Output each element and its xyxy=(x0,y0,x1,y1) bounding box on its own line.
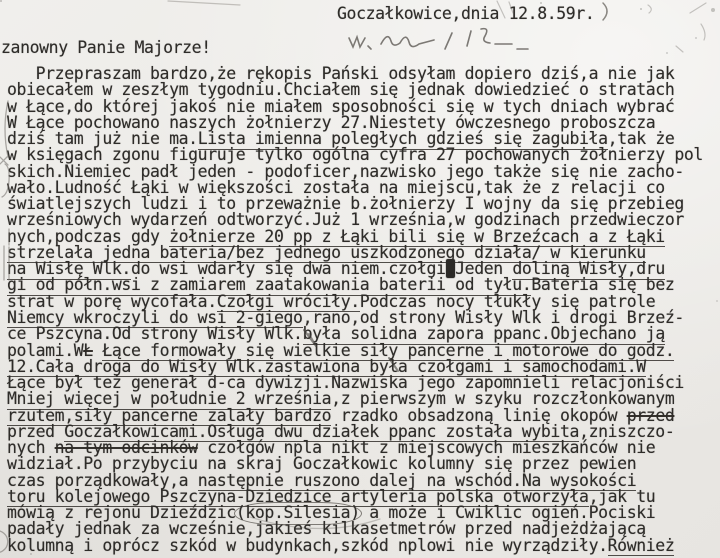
paper-specks xyxy=(0,0,2,2)
typed-body: Przepraszam bardzo,że rękopis Pański ods… xyxy=(7,66,720,554)
typed-segment-marked: Również xyxy=(608,536,675,557)
handwritten-annotation xyxy=(349,29,528,49)
typed-line: kolumną i oprócz szkód w budynkach,szkód… xyxy=(7,538,720,554)
scanned-letter-page: Goczałkowice,dnia 12.8.59r. zanowny Pani… xyxy=(0,0,720,558)
date-pencil-mark xyxy=(603,3,607,20)
letter-date: Goczałkowice,dnia 12.8.59r. xyxy=(337,4,594,23)
typed-segment: kolumną i oprócz szkód w budynkach,szkód… xyxy=(7,536,608,555)
letter-salutation: zanowny Panie Majorze! xyxy=(1,38,211,57)
